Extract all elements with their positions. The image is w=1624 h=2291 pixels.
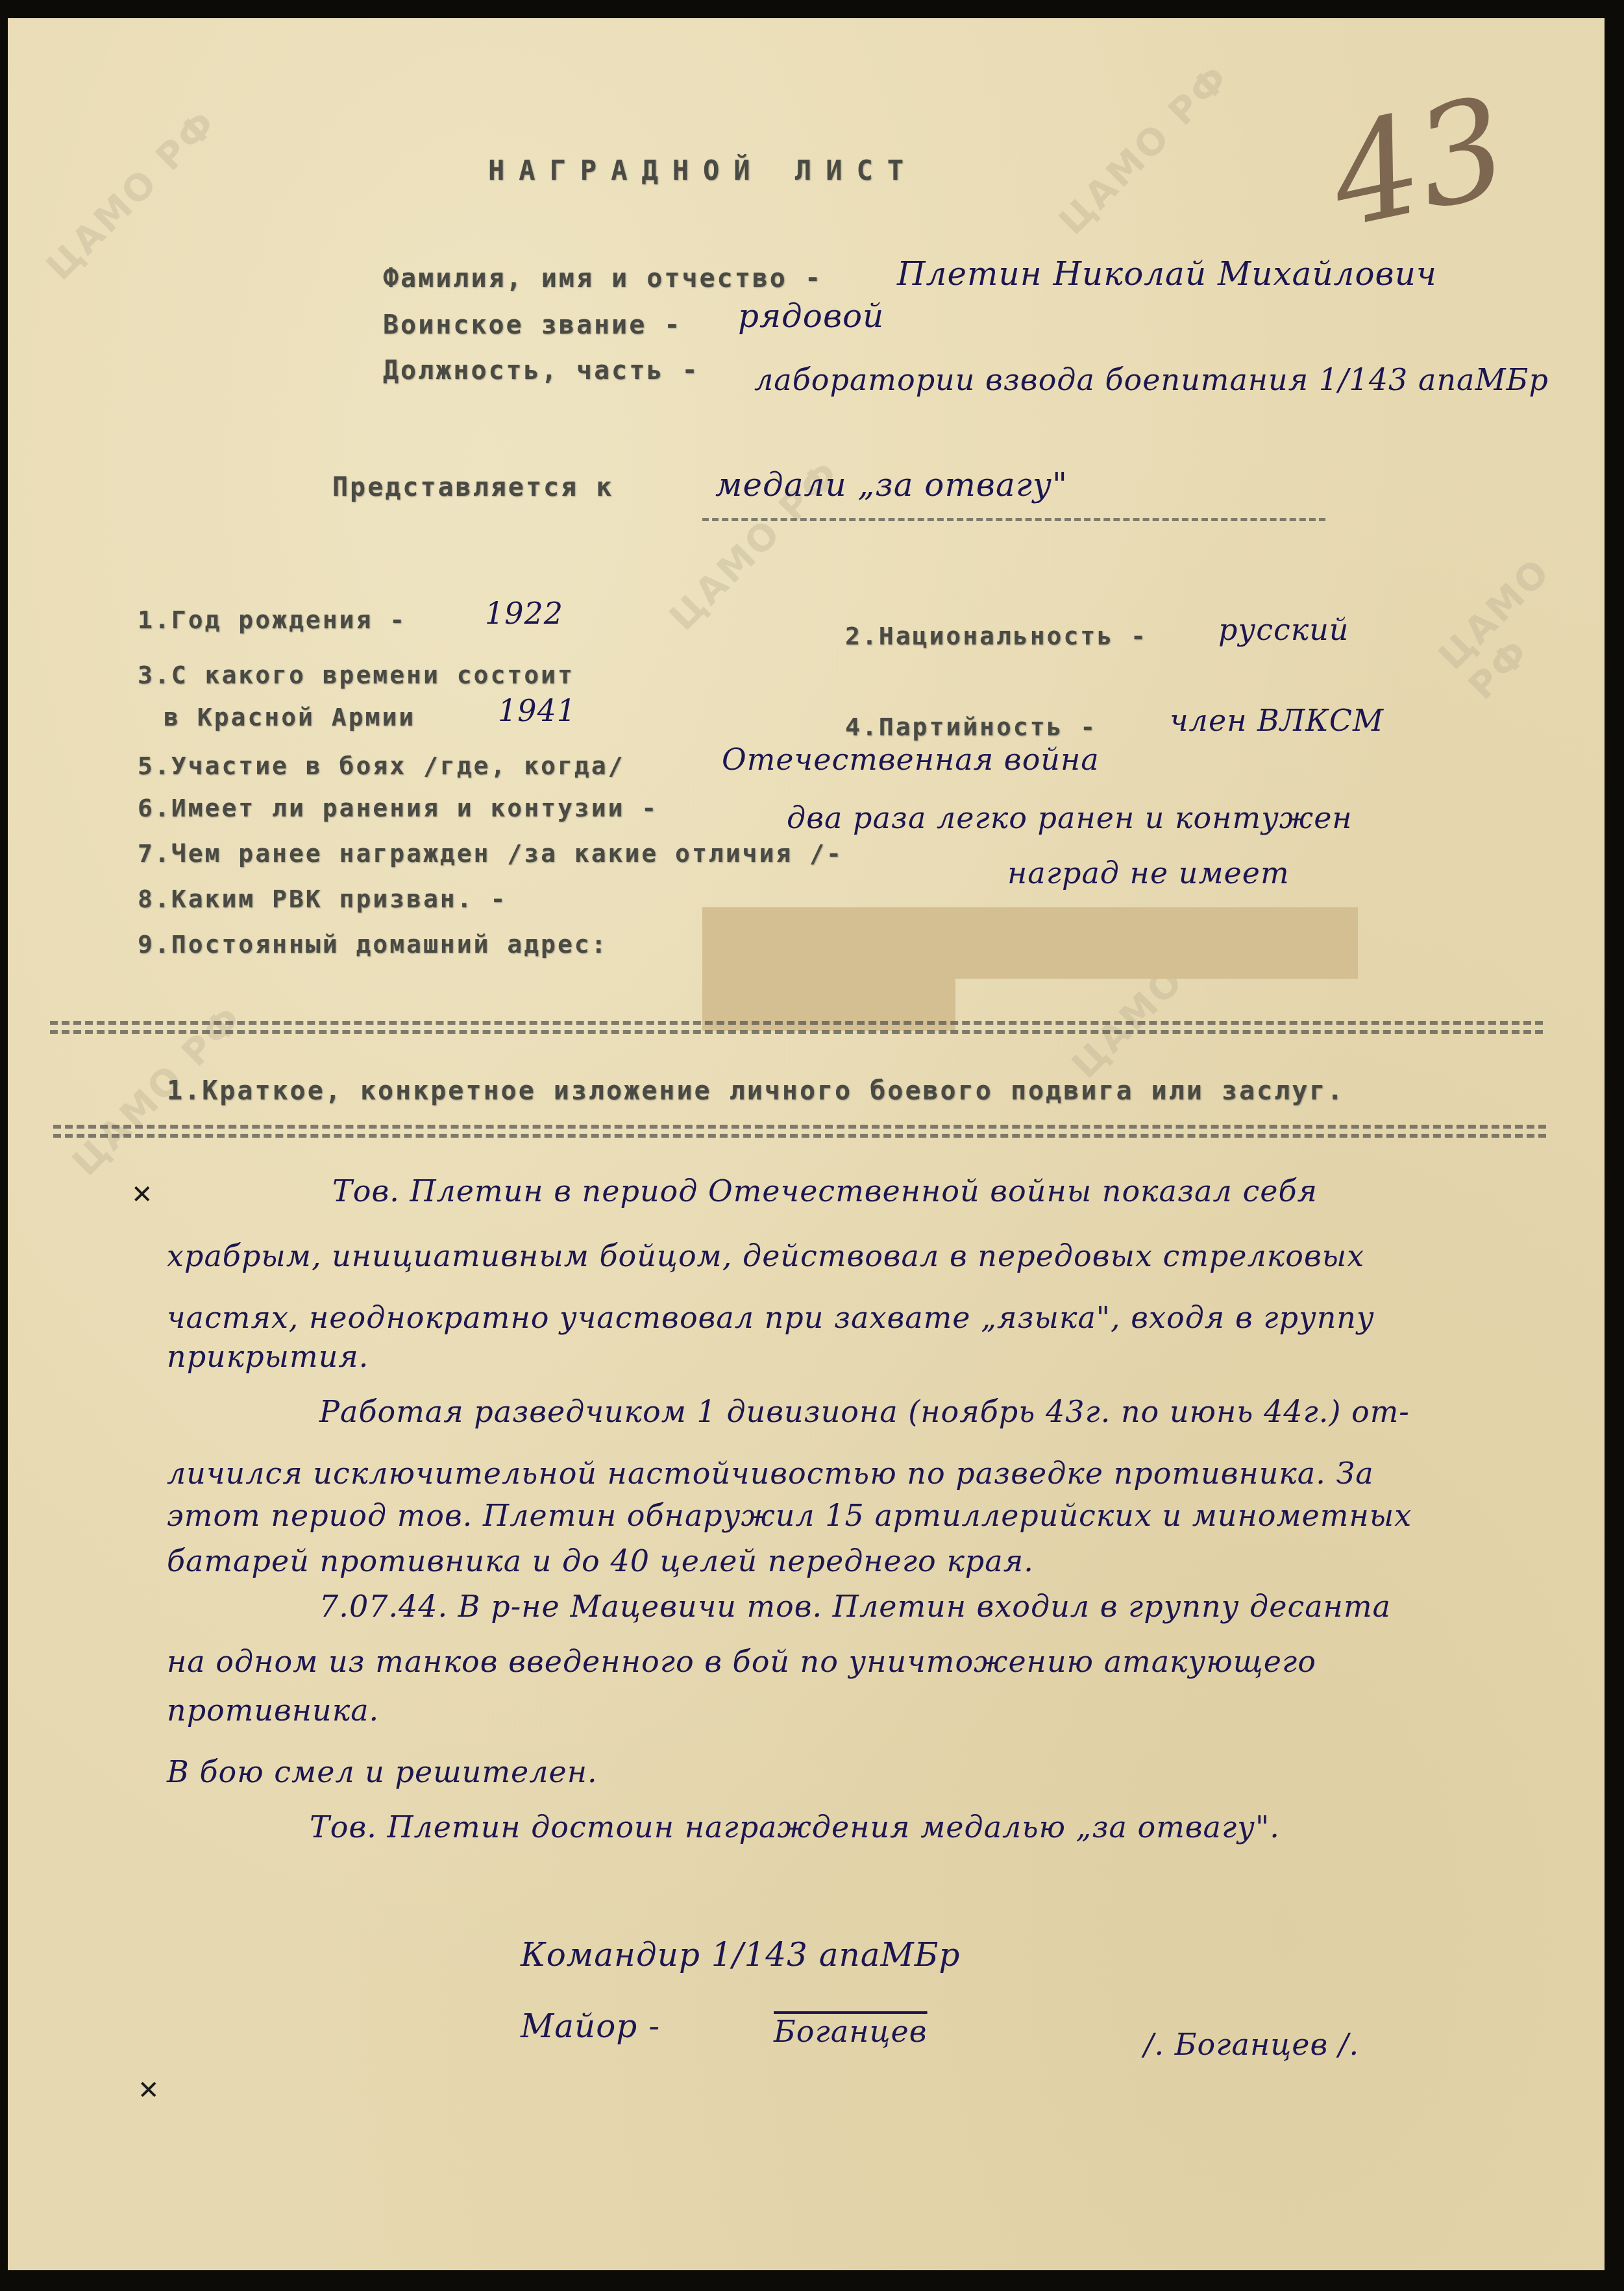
position-value: лаборатории взвода боепитания 1/143 апаМ… bbox=[754, 362, 1549, 397]
margin-mark: ✕ bbox=[138, 2076, 160, 2105]
narrative-line: прикрытия. bbox=[167, 1339, 369, 1374]
narrative-line: противника. bbox=[167, 1693, 379, 1728]
narrative-line: частях, неоднократно участвовал при захв… bbox=[167, 1300, 1375, 1335]
field-service-since-value: 1941 bbox=[498, 693, 576, 728]
narrative-line: Работая разведчиком 1 дивизиона (ноябрь … bbox=[319, 1394, 1410, 1429]
rank-value: рядовой bbox=[738, 297, 884, 335]
margin-mark: ✕ bbox=[131, 1180, 153, 1210]
separator-top bbox=[50, 1021, 1543, 1034]
narrative-line: В бою смел и решителен. bbox=[167, 1754, 598, 1789]
field-nationality-value: русский bbox=[1218, 612, 1349, 647]
separator-bottom bbox=[53, 1125, 1546, 1138]
field-wounds-label: 6.Имеет ли ранения и контузии - bbox=[138, 794, 658, 822]
nomination-value: медали „за отвагу" bbox=[715, 466, 1068, 504]
field-awards-value: наград не имеет bbox=[1007, 855, 1290, 890]
narrative-line: Тов. Плетин в период Отечественной войны… bbox=[332, 1173, 1318, 1208]
field-service-since-label2: в Красной Армии bbox=[164, 703, 415, 731]
field-party-label: 4.Партийность - bbox=[845, 713, 1097, 741]
field-battles-label: 5.Участие в боях /где, когда/ bbox=[138, 752, 624, 780]
field-party-value: член ВЛКСМ bbox=[1170, 703, 1384, 738]
field-address-label: 9.Постоянный домашний адрес: bbox=[138, 930, 608, 959]
archive-number: 43 bbox=[1317, 67, 1519, 258]
narrative-line: этот период тов. Плетин обнаружил 15 арт… bbox=[167, 1498, 1412, 1533]
narrative-line: батарей противника и до 40 целей передне… bbox=[167, 1543, 1034, 1578]
field-birth-year-value: 1922 bbox=[485, 596, 563, 631]
watermark: ЦАМО РФ bbox=[1051, 56, 1238, 243]
field-battles-value: Отечественная война bbox=[722, 742, 1100, 777]
signature-printed-name: /. Боганцев /. bbox=[1144, 2027, 1359, 2062]
nomination-underline bbox=[702, 518, 1325, 521]
watermark: ЦАМО РФ bbox=[1431, 529, 1610, 708]
award-sheet-page: ЦАМО РФ ЦАМО РФ ЦАМО РФ ЦАМО РФ ЦАМО РФ … bbox=[8, 18, 1605, 2270]
rank-label: Воинское звание - bbox=[383, 310, 682, 340]
section-heading: 1.Краткое, конкретное изложение личного … bbox=[167, 1076, 1345, 1106]
narrative-line: 7.07.44. В р-не Мацевичи тов. Плетин вхо… bbox=[319, 1589, 1391, 1624]
field-wounds-value: два раза легко ранен и контужен bbox=[787, 800, 1353, 835]
narrative-line: Тов. Плетин достоин награждения медалью … bbox=[310, 1809, 1280, 1844]
address-redaction bbox=[702, 907, 1358, 979]
signature-commander-title: Командир 1/143 апаМБр bbox=[521, 1936, 961, 1974]
name-value: Плетин Николай Михайлович bbox=[897, 255, 1437, 293]
field-nationality-label: 2.Национальность - bbox=[845, 622, 1148, 650]
narrative-line: храбрым, инициативным бойцом, действовал… bbox=[167, 1238, 1364, 1273]
field-awards-label: 7.Чем ранее награжден /за какие отличия … bbox=[138, 839, 843, 868]
narrative-line: личился исключительной настойчивостью по… bbox=[167, 1456, 1374, 1491]
field-rvk-label: 8.Каким РВК призван. - bbox=[138, 885, 507, 913]
document-title: НАГРАДНОЙ ЛИСТ bbox=[488, 154, 918, 186]
field-birth-year-label: 1.Год рождения - bbox=[138, 606, 406, 634]
field-service-since-label: 3.С какого времени состоит bbox=[138, 661, 574, 689]
watermark: ЦАМО РФ bbox=[38, 101, 225, 288]
signature-autograph: Боганцев bbox=[774, 2014, 928, 2049]
nomination-label: Представляется к bbox=[332, 472, 613, 502]
name-label: Фамилия, имя и отчество - bbox=[383, 263, 822, 293]
position-label: Должность, часть - bbox=[383, 356, 699, 386]
signature-rank: Майор - bbox=[521, 2007, 660, 2045]
narrative-line: на одном из танков введенного в бой по у… bbox=[167, 1644, 1316, 1679]
